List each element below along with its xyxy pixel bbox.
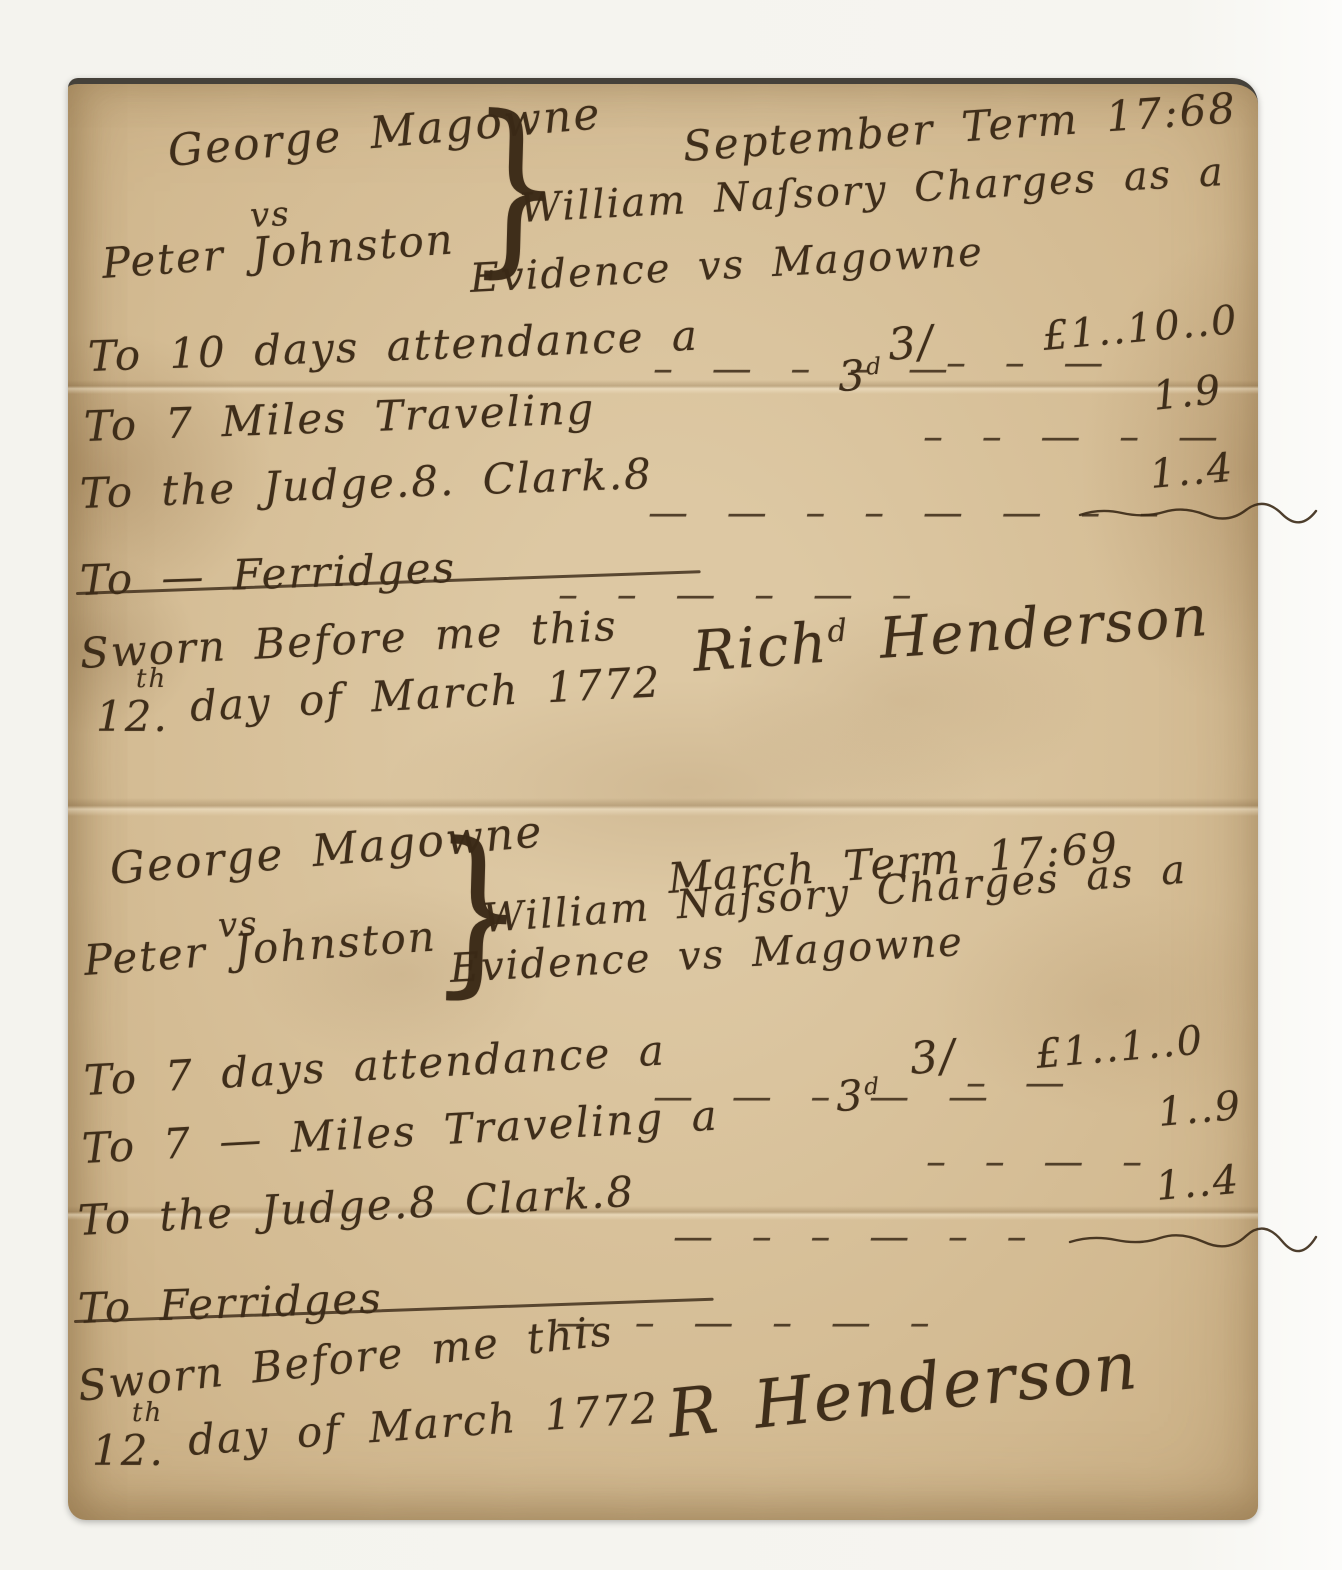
- signature-first: R: [664, 1371, 723, 1453]
- total-rule-squiggle: [1068, 1230, 1318, 1248]
- rate-value: 3: [835, 1071, 866, 1121]
- section-march-1769: George Magowne vs Peter Johnston } March…: [68, 84, 1258, 1520]
- scan-background: { "scan": { "paper_color": "#d6bf99", "i…: [0, 0, 1342, 1570]
- sworn-day-number: 12.: [92, 1426, 165, 1475]
- fill-dashes: — – – — – –: [673, 1214, 1034, 1260]
- amount-attendance: £1..1..0: [1034, 1017, 1206, 1078]
- fill-dashes: – – — –: [926, 1139, 1149, 1185]
- rate-traveling: 3d: [835, 1070, 881, 1121]
- sworn-statement-line2: day of March 1772: [186, 1383, 660, 1465]
- rate-superscript: d: [864, 1074, 880, 1101]
- defendant-name: Peter Johnston: [82, 911, 438, 985]
- charge-item-attendance: To 7 days attendance a: [83, 1026, 667, 1105]
- document-paper: George Magowne vs Peter Johnston } Septe…: [68, 78, 1258, 1520]
- rate-attendance: 3/: [908, 1030, 959, 1085]
- charge-item-judge-clerk: To the Judge.8 Clark.8: [77, 1167, 636, 1245]
- charge-item-traveling: To 7 — Miles Traveling a: [81, 1091, 720, 1173]
- charge-item-ferridges-struck: To Ferridges: [77, 1273, 383, 1333]
- sworn-day-ordinal: th: [132, 1398, 163, 1428]
- amount-traveling: 1..9: [1156, 1083, 1244, 1136]
- amount-judge-clerk: 1..4: [1154, 1157, 1242, 1210]
